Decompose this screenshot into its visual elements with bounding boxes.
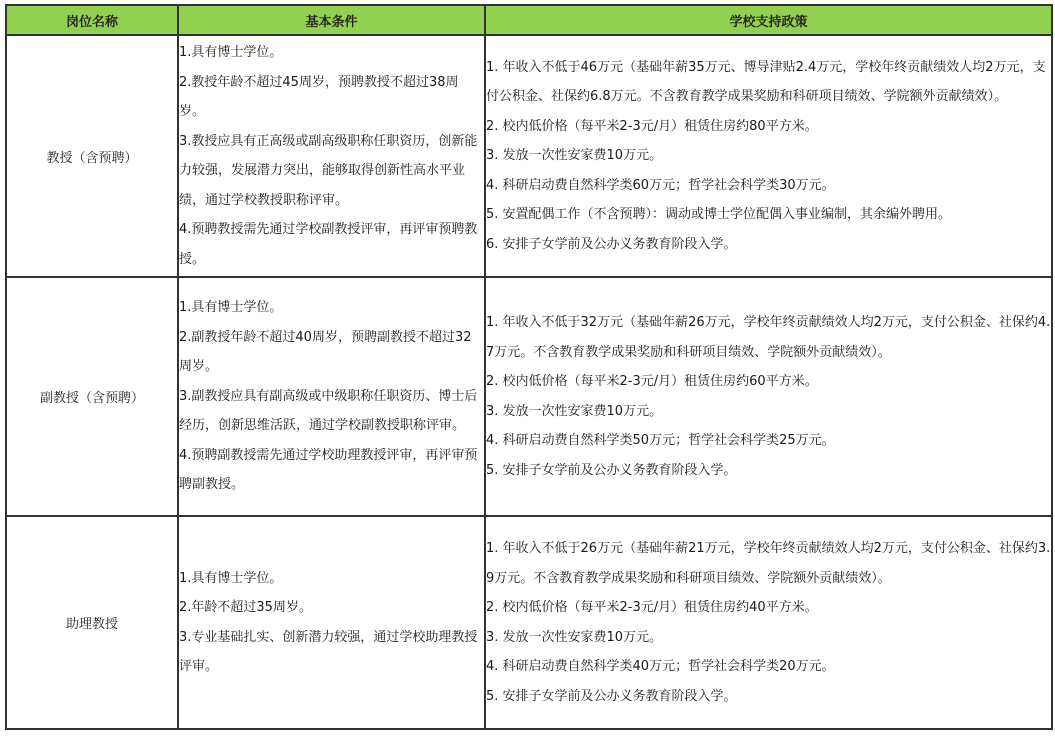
position-cell: 助理教授 [6, 516, 178, 729]
support-item: 1. 年收入不低于46万元（基础年薪35万元、博导津贴2.4万元，学校年终贡献绩… [486, 53, 1051, 112]
conditions-cell: 1.具有博士学位。 2.副教授年龄不超过40周岁，预聘副教授不超过32周岁。 3… [178, 277, 485, 516]
support-item: 2. 校内低价格（每平米2-3元/月）租赁住房约80平方米。 [486, 112, 1051, 142]
condition-item: 4.预聘教授需先通过学校副教授评审，再评审预聘教授。 [179, 215, 484, 274]
support-cell: 1. 年收入不低于26万元（基础年薪21万元，学校年终贡献绩效人均2万元，支付公… [485, 516, 1052, 729]
talent-policy-table: 岗位名称 基本条件 学校支持政策 教授（含预聘） 1.具有博士学位。 2.教授年… [5, 4, 1053, 730]
support-item: 3. 发放一次性安家费10万元。 [486, 141, 1051, 171]
support-cell: 1. 年收入不低于46万元（基础年薪35万元、博导津贴2.4万元，学校年终贡献绩… [485, 35, 1052, 277]
support-item: 1. 年收入不低于32万元（基础年薪26万元，学校年终贡献绩效人均2万元，支付公… [486, 308, 1051, 367]
support-item: 3. 发放一次性安家费10万元。 [486, 397, 1051, 427]
condition-item: 2.年龄不超过35周岁。 [179, 593, 484, 623]
condition-item: 4.预聘副教授需先通过学校助理教授评审，再评审预聘副教授。 [179, 441, 484, 500]
support-item: 5. 安置配偶工作（不含预聘）：调动或博士学位配偶入事业编制，其余编外聘用。 [486, 200, 1051, 230]
support-item: 4. 科研启动费自然科学类50万元；哲学社会科学类25万元。 [486, 426, 1051, 456]
table-header-row: 岗位名称 基本条件 学校支持政策 [6, 5, 1052, 35]
header-school-support-policy: 学校支持政策 [485, 5, 1052, 35]
table-row-associate-professor: 副教授（含预聘） 1.具有博士学位。 2.副教授年龄不超过40周岁，预聘副教授不… [6, 277, 1052, 516]
condition-item: 3.教授应具有正高级或副高级职称任职资历，创新能力较强，发展潜力突出，能够取得创… [179, 127, 484, 216]
table-row-professor: 教授（含预聘） 1.具有博士学位。 2.教授年龄不超过45周岁，预聘教授不超过3… [6, 35, 1052, 277]
condition-item: 3.专业基础扎实、创新潜力较强，通过学校助理教授评审。 [179, 623, 484, 682]
support-item: 5. 安排子女学前及公办义务教育阶段入学。 [486, 682, 1051, 712]
support-item: 2. 校内低价格（每平米2-3元/月）租赁住房约40平方米。 [486, 593, 1051, 623]
support-item: 3. 发放一次性安家费10万元。 [486, 623, 1051, 653]
condition-item: 2.副教授年龄不超过40周岁，预聘副教授不超过32周岁。 [179, 323, 484, 382]
header-basic-conditions: 基本条件 [178, 5, 485, 35]
support-item: 4. 科研启动费自然科学类60万元；哲学社会科学类30万元。 [486, 171, 1051, 201]
table-row-assistant-professor: 助理教授 1.具有博士学位。 2.年龄不超过35周岁。 3.专业基础扎实、创新潜… [6, 516, 1052, 729]
support-item: 6. 安排子女学前及公办义务教育阶段入学。 [486, 230, 1051, 260]
header-position-name: 岗位名称 [6, 5, 178, 35]
condition-item: 2.教授年龄不超过45周岁，预聘教授不超过38周岁。 [179, 68, 484, 127]
support-item: 1. 年收入不低于26万元（基础年薪21万元，学校年终贡献绩效人均2万元，支付公… [486, 534, 1051, 593]
position-cell: 副教授（含预聘） [6, 277, 178, 516]
condition-item: 1.具有博士学位。 [179, 564, 484, 594]
support-cell: 1. 年收入不低于32万元（基础年薪26万元，学校年终贡献绩效人均2万元，支付公… [485, 277, 1052, 516]
conditions-cell: 1.具有博士学位。 2.教授年龄不超过45周岁，预聘教授不超过38周岁。 3.教… [178, 35, 485, 277]
conditions-cell: 1.具有博士学位。 2.年龄不超过35周岁。 3.专业基础扎实、创新潜力较强，通… [178, 516, 485, 729]
condition-item: 1.具有博士学位。 [179, 38, 484, 68]
support-item: 2. 校内低价格（每平米2-3元/月）租赁住房约60平方米。 [486, 367, 1051, 397]
condition-item: 1.具有博士学位。 [179, 293, 484, 323]
position-cell: 教授（含预聘） [6, 35, 178, 277]
support-item: 4. 科研启动费自然科学类40万元；哲学社会科学类20万元。 [486, 652, 1051, 682]
condition-item: 3.副教授应具有副高级或中级职称任职资历、博士后经历，创新思维活跃，通过学校副教… [179, 382, 484, 441]
support-item: 5. 安排子女学前及公办义务教育阶段入学。 [486, 456, 1051, 486]
